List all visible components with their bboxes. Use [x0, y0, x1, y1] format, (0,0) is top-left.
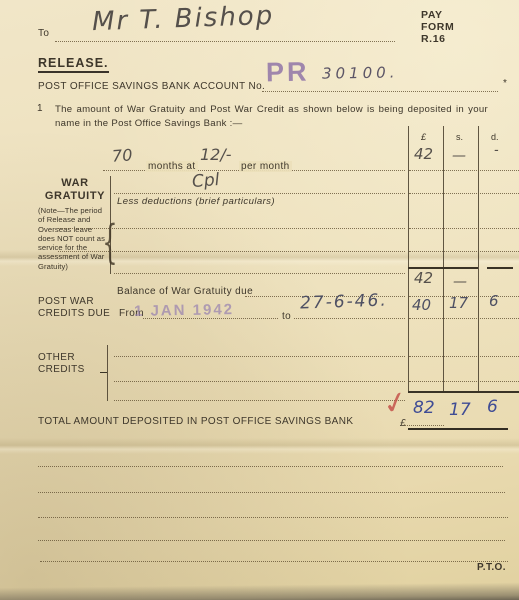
blank-dotted-line [38, 517, 508, 518]
other-credits-dotted-line [409, 381, 519, 382]
rank-handwriting: Cpl [191, 170, 220, 192]
column-divider [408, 126, 409, 392]
pwc-pence: 6 [489, 292, 499, 310]
pto-label: P.T.O. [477, 562, 506, 573]
pwc-row-dotted-line [409, 318, 519, 319]
total-pence: 6 [487, 397, 498, 417]
pwc-shillings: 17 [449, 294, 468, 312]
total-shillings: 17 [449, 400, 471, 420]
paper-crease [0, 438, 519, 454]
account-number-label: POST OFFICE SAVINGS BANK ACCOUNT No. [38, 81, 265, 92]
blank-dotted-line [40, 561, 508, 562]
other-credits-dotted-line [114, 356, 405, 357]
to-date-handwriting: 27-6-46. [300, 290, 388, 313]
months-at-label: months at [146, 161, 198, 172]
release-heading: RELEASE. [38, 56, 109, 73]
rate-handwriting: 12/- [200, 145, 232, 164]
blank-dotted-line [38, 492, 505, 493]
from-date-stamp: 1 JAN 1942 [134, 301, 234, 320]
account-dotted-line [262, 91, 498, 92]
column-divider [443, 126, 444, 392]
recipient-dotted-line [55, 41, 395, 42]
deduction-row-dotted-line [409, 251, 519, 252]
other-credits-dotted-line [114, 381, 405, 382]
less-deductions-label: Less deductions (brief particulars) [117, 196, 275, 207]
months-row-dotted-line [409, 170, 519, 171]
blank-dotted-line [38, 540, 505, 541]
pence-column-header: d. [491, 132, 499, 142]
recipient-name-handwriting: Mr T. Bishop [92, 1, 275, 37]
shillings-column-header: s. [456, 132, 463, 142]
gratuity-subtotal-shillings: — [453, 274, 467, 290]
total-underline [408, 428, 508, 430]
to-label: To [38, 28, 49, 39]
post-war-credits-label-2: CREDITS DUE [38, 308, 110, 319]
to-date-label: to [282, 311, 291, 322]
rank-row-dotted-line [114, 193, 405, 194]
other-credits-bracket-tick [100, 372, 107, 373]
pay-form-code: PAY FORM R.16 [421, 9, 454, 45]
item-number: 1 [37, 103, 43, 114]
pwc-pounds: 40 [412, 296, 431, 314]
total-top-rule [408, 391, 519, 393]
gratuity-gross-pounds: 42 [414, 145, 433, 163]
other-credits-bracket [107, 345, 108, 401]
scanned-form-page: To Mr T. Bishop PAY FORM R.16 RELEASE. P… [0, 0, 519, 600]
subtotal-row-dotted-line [114, 273, 405, 274]
total-pounds: 82 [413, 398, 435, 418]
per-month-label: per month [239, 161, 292, 172]
other-credits-dotted-line [409, 356, 519, 357]
rank-row-dotted-line [409, 193, 519, 194]
balance-label: Balance of War Gratuity due [117, 286, 253, 297]
gratuity-gross-pence: - [494, 143, 499, 158]
post-war-credits-label-1: POST WAR [38, 296, 94, 307]
pr-stamp: PR [266, 57, 310, 89]
deduction-row-dotted-line [409, 228, 519, 229]
deduction-row-dotted-line [58, 251, 405, 252]
blank-dotted-line [38, 466, 503, 467]
subtotal-rule-pence [487, 267, 513, 269]
gratuity-note: (Note—The period of Release and Overseas… [38, 206, 108, 271]
other-credits-label: OTHER CREDITS [38, 352, 85, 376]
footnote-asterisk: * [503, 78, 507, 89]
to-date-dotted-line [294, 318, 405, 319]
total-label: TOTAL AMOUNT DEPOSITED IN POST OFFICE SA… [38, 416, 353, 427]
intro-paragraph: The amount of War Gratuity and Post War … [55, 103, 488, 130]
gratuity-gross-shillings: — [452, 148, 466, 164]
account-number-handwriting: 30100. [322, 63, 399, 82]
column-divider [478, 126, 479, 392]
war-gratuity-section-label: WAR GRATUITY [42, 177, 108, 202]
total-dotted-line [404, 425, 444, 426]
note-brace: { [102, 216, 117, 270]
deduction-row-dotted-line [58, 228, 405, 229]
months-value-handwriting: 70 [111, 145, 133, 165]
other-credits-dotted-line [114, 400, 405, 401]
gratuity-subtotal-pounds: 42 [414, 269, 433, 287]
pounds-column-header: £ [421, 132, 426, 142]
